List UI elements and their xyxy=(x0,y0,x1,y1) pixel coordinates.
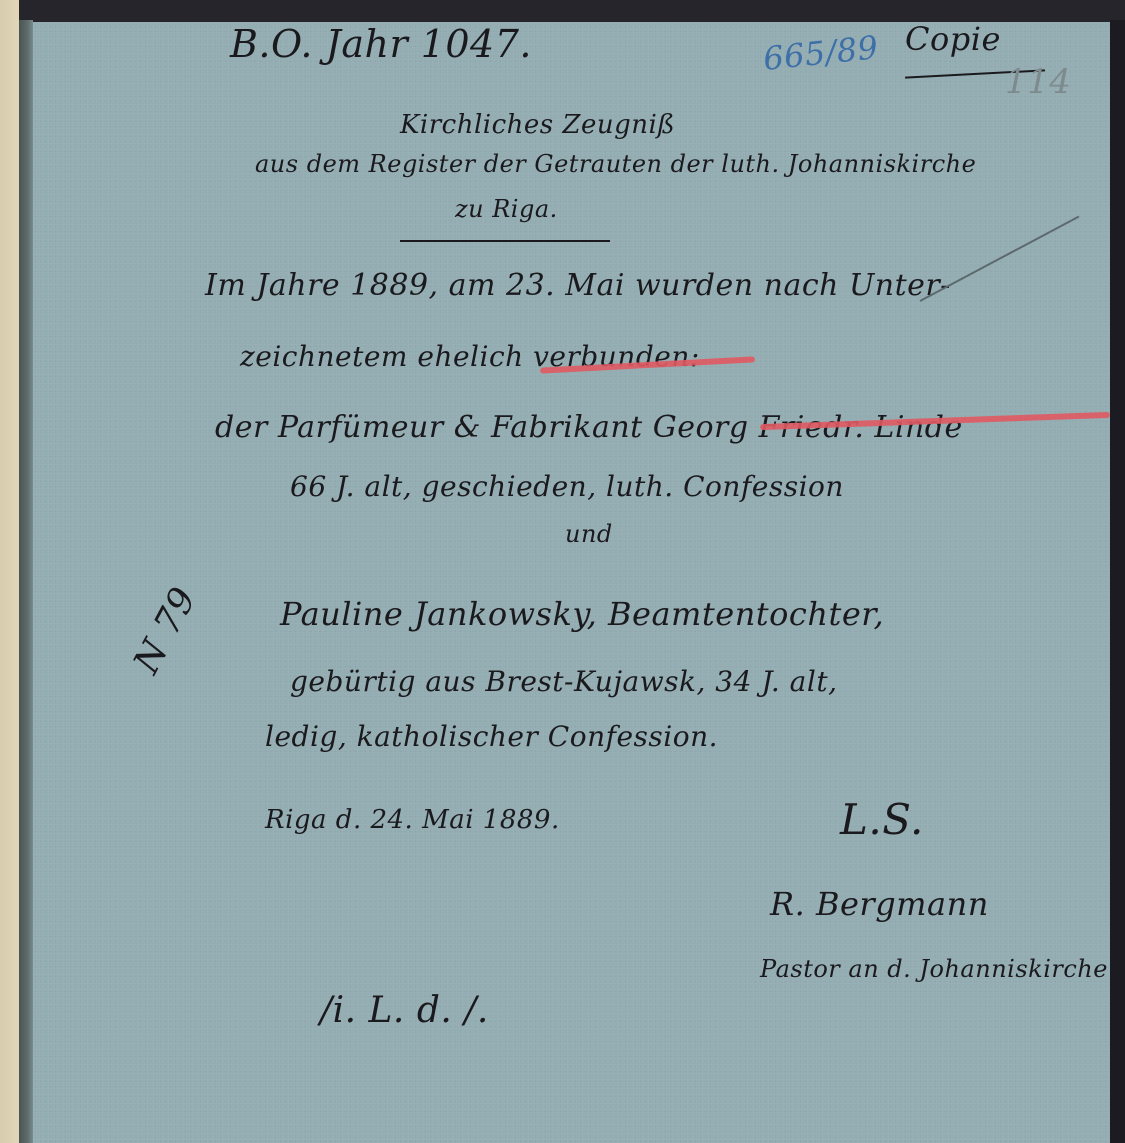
seal-mark: L.S. xyxy=(840,795,924,844)
document-subtitle: aus dem Register der Getrauten der luth.… xyxy=(255,150,976,178)
pencil-page-mark: 114 xyxy=(1005,62,1071,102)
clerk-initials: /i. L. d. /. xyxy=(320,990,489,1031)
copy-note: Copie xyxy=(905,20,1001,58)
groom-line: der Parfümeur & Fabrikant Georg Friedr. … xyxy=(215,410,963,445)
title-underline xyxy=(400,240,610,242)
binding-shadow xyxy=(19,20,33,1143)
scan-background-right xyxy=(1110,20,1125,1143)
reference-number: B.O. Jahr 1047. xyxy=(230,22,532,66)
pastor-signature: R. Bergmann xyxy=(770,885,989,923)
groom-details: 66 J. alt, geschieden, luth. Confession xyxy=(290,470,844,503)
adjacent-page-edge xyxy=(0,0,19,1143)
bride-line: Pauline Jankowsky, Beamtentochter, xyxy=(280,595,884,633)
scan-background-top xyxy=(19,0,1125,22)
document-location: zu Riga. xyxy=(455,195,558,223)
bride-origin: gebürtig aus Brest-Kujawsk, 34 J. alt, xyxy=(290,665,837,698)
body-line-1: Im Jahre 1889, am 23. Mai wurden nach Un… xyxy=(205,268,951,303)
document-title: Kirchliches Zeugniß xyxy=(400,110,675,140)
bride-details: ledig, katholischer Confession. xyxy=(265,720,718,753)
place-and-date: Riga d. 24. Mai 1889. xyxy=(265,805,560,835)
conjunction: und xyxy=(565,520,613,548)
pastor-title: Pastor an d. Johanniskirche xyxy=(760,955,1108,983)
